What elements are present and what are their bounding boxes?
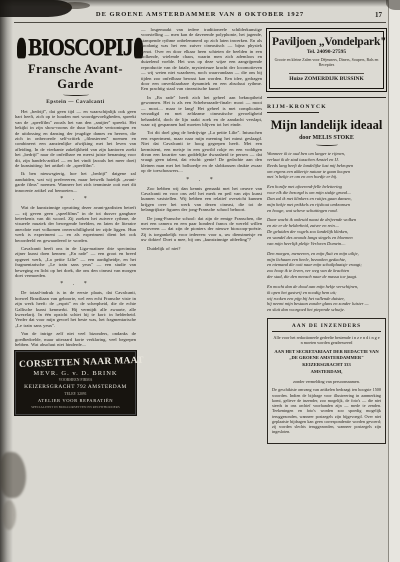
bioscopij-logo: BIOSCOPIJ — [15, 33, 136, 62]
vondelpark-ad-owner: Huize ZOMERDIJK BUSSINK — [289, 73, 364, 82]
corset-ad: CORSETTEN NAAR MAAT MEVR. G. v. D. BRINK… — [15, 351, 136, 415]
corset-ad-phone: TELEF. 32091 — [19, 392, 132, 396]
vondelpark-ad-phone: Tel. 24090-27595 — [272, 49, 381, 55]
notice-address-line: AAN HET SECRETARIAAT DER REDACTIE VAN — [272, 349, 381, 356]
article-paragraph: Van de intrige zelf niet veel bizonders,… — [15, 331, 136, 347]
vondelpark-ad-description: Groote en kleine Zalen voor Déjeuners, D… — [272, 57, 381, 67]
article-paragraph: Cavalcanti heeft ons in de Liga-matinee … — [15, 246, 136, 278]
article-paragraph: Tot dit doel ging de bedrijvige „La peti… — [141, 130, 262, 173]
section-separator: * . * — [141, 177, 262, 183]
column-middle: — losgemaakt van iedere traditioneele sc… — [141, 27, 262, 254]
scan-ink-blob — [60, 2, 90, 9]
article-paragraph: Het „bedrijf", dat geen tijd — en waarsc… — [15, 109, 136, 168]
article-paragraph: De totaal-indruk is in de eerste plaats,… — [15, 290, 136, 328]
title-flourish — [63, 93, 89, 96]
section-separator: * . * — [15, 196, 136, 202]
article-paragraph: Duidelijk of niet? — [141, 246, 262, 251]
newspaper-page: DE GROENE AMSTERDAMMER VAN 8 OKTOBER 192… — [0, 0, 400, 562]
vondelpark-ad: Paviljoen „Vondelpark" Tel. 24090-27595 … — [269, 31, 384, 89]
vondelpark-ad-title: Paviljoen „Vondelpark" — [272, 36, 381, 48]
scan-page-edge — [388, 0, 400, 562]
rubric-rule — [267, 112, 319, 113]
article-paragraph: Zoo hebben wij dan kennis gemaakt met he… — [141, 186, 262, 213]
corset-ad-atelier: ATELIER VOOR REPARATIËN — [19, 398, 132, 403]
notice-address-line: KEIZERSGRACHT 333 — [272, 362, 381, 369]
logo-text: BIOSCOPIJ — [28, 33, 132, 61]
article-title: Fransche Avant-Garde — [15, 62, 136, 92]
rubric-label: RIJM-KRONYCK — [267, 104, 386, 110]
article-paragraph: Ik ben nieuwsgierig, hoe het „bedrijf" d… — [15, 171, 136, 193]
notice-address-line: AMSTERDAM, — [272, 369, 381, 376]
inzenders-notice: AAN DE INZENDERS Alle voor het redaction… — [267, 318, 386, 444]
article-paragraph: Wat de kunstzinnige opvatting dezer avan… — [15, 205, 136, 243]
column-left: BIOSCOPIJ Fransche Avant-Garde Epstein —… — [15, 27, 136, 415]
notice-text: Alle voor het redactioneele gedeelte bes… — [272, 335, 381, 346]
notice-address: AAN HET SECRETARIAAT DER REDACTIE VAN „D… — [272, 349, 381, 377]
corset-ad-footnote: SPECIALITEIT IN BUIKCORSETTEN EN RECHTHO… — [19, 405, 132, 409]
scan-smudge — [0, 452, 26, 498]
poem-stanza: Daar wacht ik onkruid naast de drijvende… — [267, 217, 386, 246]
page-number: 17 — [375, 11, 382, 19]
section-separator: * . * — [15, 281, 136, 287]
poem-byline: door MELIS STOKE — [267, 135, 386, 141]
notice-text: De geschiktste omvang van artikelen bedr… — [272, 387, 381, 434]
poem-stanza: Een hordje met afwerend-felle beletterin… — [267, 184, 386, 213]
corset-ad-title: CORSETTEN NAAR MAAT — [19, 356, 132, 370]
logo-figure-icon — [17, 38, 26, 59]
corset-ad-address: KEIZERSGRACHT 792 AMSTERDAM — [19, 384, 132, 390]
corset-ad-name: MEVR. G. v. D. BRINK — [19, 370, 132, 377]
byline-flourish — [316, 143, 338, 146]
article-subtitle: Epstein — Cavalcanti — [15, 99, 136, 105]
running-head: DE GROENE AMSTERDAMMER VAN 8 OKTOBER 192… — [30, 11, 370, 18]
poem-title: Mijn landelijk ideaal — [267, 118, 386, 133]
article-paragraph: — losgemaakt van iedere traditioneele sc… — [141, 27, 262, 92]
poem-stanza: Den morgen, meneeren, en mijn fluit en m… — [267, 251, 386, 280]
corset-ad-small: VOORHEEN FIRMA — [19, 378, 132, 382]
article-paragraph: In „En rade" heeft zich het geheel aan b… — [141, 95, 262, 127]
scan-smudge — [2, 500, 16, 530]
article-paragraph: De jong-Fransche school: dat zijn de een… — [141, 216, 262, 243]
poem-stanza: En mocht dan de dood aan mijn hekje vers… — [267, 284, 386, 313]
column-right: Paviljoen „Vondelpark" Tel. 24090-27595 … — [267, 27, 386, 444]
notice-address-line: „DE GROENE AMSTERDAMMER" — [272, 355, 381, 362]
notice-text: zonder vermelding van persoonsnamen. — [272, 379, 381, 384]
notice-heading: AAN DE INZENDERS — [272, 323, 381, 332]
section-rule — [267, 97, 386, 98]
poem-stanza: Wanneer ik te oud ben om langer te rijme… — [267, 151, 386, 180]
header-rule — [14, 22, 386, 23]
